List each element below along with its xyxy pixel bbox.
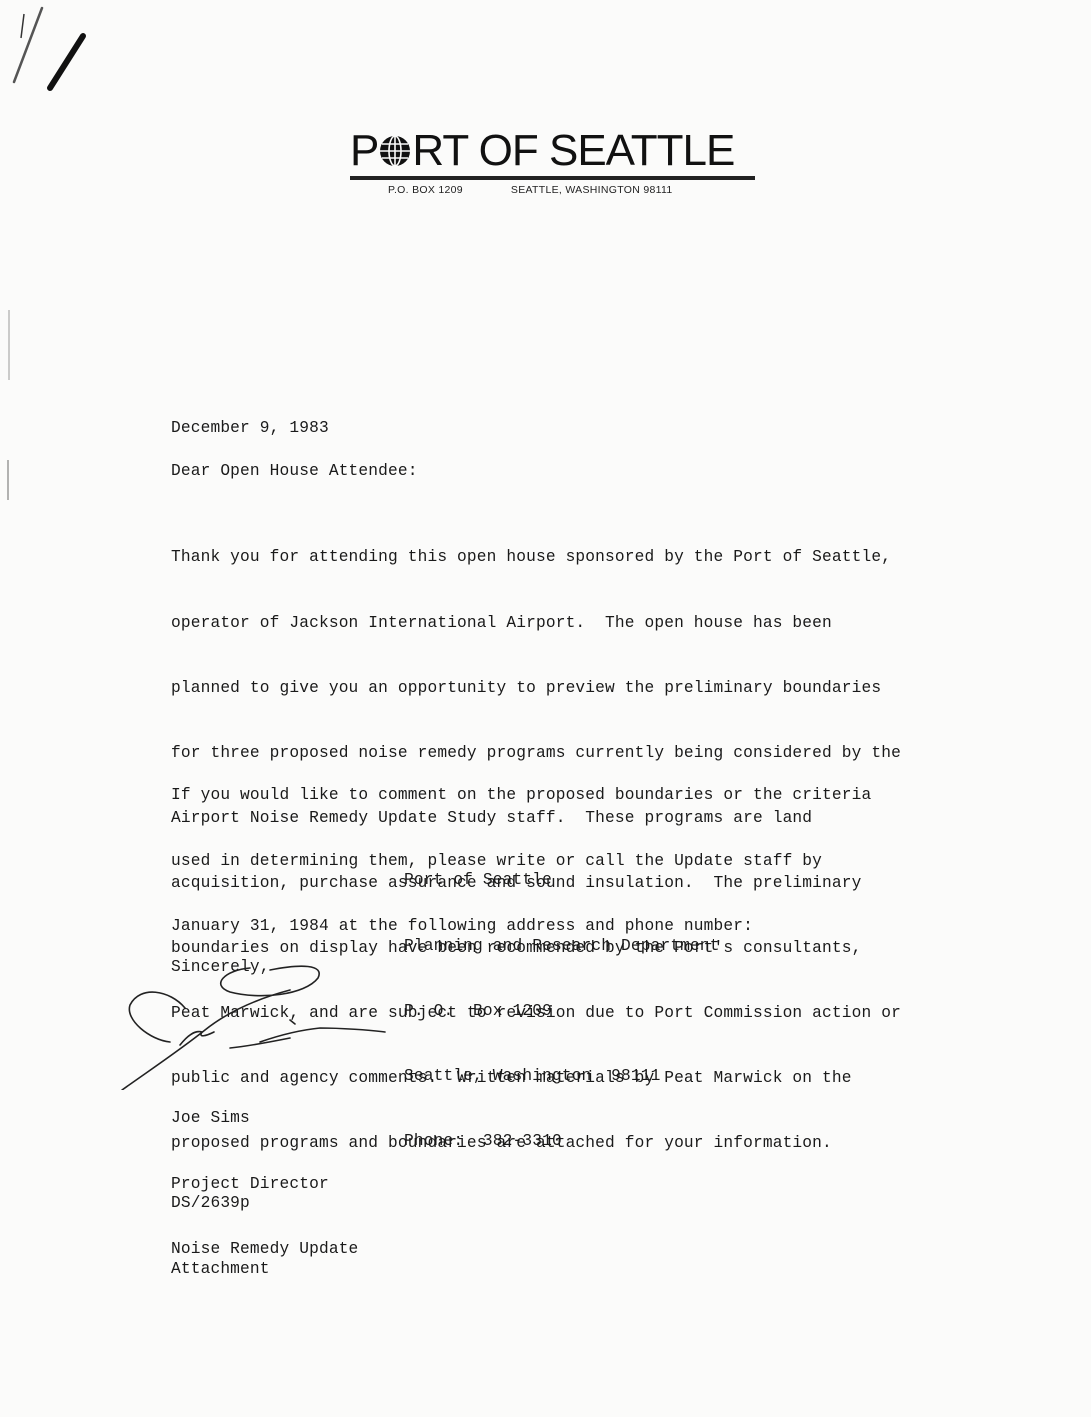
address-phone: Phone: 382-3310 [404, 1131, 720, 1153]
org-logo: P RT OF SEATTLE [350, 128, 760, 174]
org-name-suffix: RT OF SEATTLE [412, 128, 734, 174]
letterhead-rule [350, 176, 755, 180]
letterhead: P RT OF SEATTLE P.O. BOX 1209 SEATTLE, W… [350, 128, 760, 196]
address-po-box: P. O. Box 1209 [404, 1001, 720, 1023]
contact-address-block: Port of Seattle Planning and Research De… [404, 827, 720, 1196]
address-city: Seattle, Washington 98111 [404, 1066, 720, 1088]
body-line: planned to give you an opportunity to pr… [171, 678, 901, 700]
scan-edge-marks [0, 300, 20, 600]
letter-page: P RT OF SEATTLE P.O. BOX 1209 SEATTLE, W… [0, 0, 1091, 1417]
address-department: Planning and Research Department [404, 936, 720, 958]
letter-date: December 9, 1983 [171, 418, 329, 440]
handwritten-slash-marks [0, 0, 120, 110]
org-name-prefix: P [350, 128, 378, 174]
body-line: If you would like to comment on the prop… [171, 785, 871, 807]
letterhead-address: P.O. BOX 1209 SEATTLE, WASHINGTON 98111 [350, 184, 760, 196]
address-org: Port of Seattle [404, 870, 720, 892]
salutation: Dear Open House Attendee: [171, 461, 418, 483]
reference-code: DS/2639p [171, 1193, 270, 1215]
reference-block: DS/2639p Attachment [171, 1150, 270, 1324]
enclosure-note: Attachment [171, 1259, 270, 1281]
letterhead-city: SEATTLE, WASHINGTON 98111 [511, 184, 673, 196]
globe-icon [379, 135, 411, 167]
letterhead-po-box: P.O. BOX 1209 [388, 184, 463, 196]
body-line: Thank you for attending this open house … [171, 547, 901, 569]
body-line: operator of Jackson International Airpor… [171, 613, 901, 635]
signatory-name: Joe Sims [171, 1108, 358, 1130]
